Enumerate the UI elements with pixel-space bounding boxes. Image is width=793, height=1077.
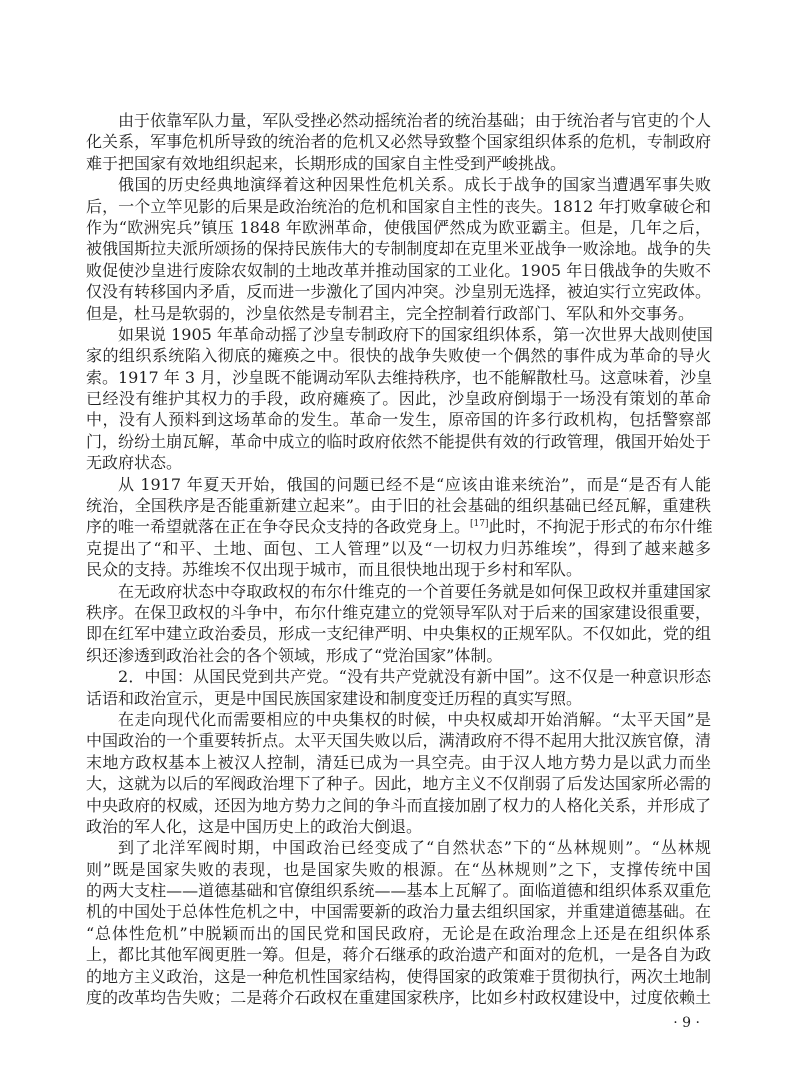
paragraph: 到了北洋军阀时期，中国政治已经变成了“自然状态”下的“丛林规则”。“丛林规则”既…: [86, 837, 711, 1008]
text-line: 但是，杜马是软弱的，沙皇依然是专制君主，完全控制着行政部门、军队和外交事务。: [86, 303, 711, 324]
text-line: 话语和政治宣示，更是中国民族国家建设和制度变迁历程的真实写照。: [86, 688, 711, 709]
paragraph: 俄国的历史经典地演绎着这种因果性危机关系。成长于战争的国家当遭遇军事失败后，一个…: [86, 174, 711, 324]
text-line: 民众的支持。苏维埃不仅出现于城市，而且很快地出现于乡村和军队。: [86, 559, 711, 580]
text-line: 作为“欧洲宪兵”镇压 1848 年欧洲革命，使俄国俨然成为欧亚霸主。但是，几年之…: [86, 217, 711, 238]
text-line: 大，这就为以后的军阀政治埋下了种子。因此，地方主义不仅削弱了后发达国家所必需的: [86, 773, 711, 794]
text-line: 2．中国：从国民党到共产党。“没有共产党就没有新中国”。这不仅是一种意识形态: [86, 666, 711, 687]
text-line: 从 1917 年夏天开始，俄国的问题已经不是“应该由谁来统治”，而是“是否有人能: [86, 474, 711, 495]
text-line: 门，纷纷土崩瓦解，革命中成立的临时政府依然不能提供有效的行政管理，俄国开始处于: [86, 431, 711, 452]
paragraph: 在走向现代化而需要相应的中央集权的时候，中央权威却开始消解。“太平天国”是中国政…: [86, 709, 711, 837]
text-line: 化关系，军事危机所导致的统治者的危机又必然导致整个国家组织体系的危机，专制政府: [86, 131, 711, 152]
text-line: 中央政府的权威，还因为地方势力之间的争斗而直接加剧了权力的人格化关系，并形成了: [86, 795, 711, 816]
text-line: 无政府状态。: [86, 452, 711, 473]
text-line: 在无政府状态中夺取政权的布尔什维克的一个首要任务就是如何保卫政权并重建国家: [86, 581, 711, 602]
text-line: 由于依靠军队力量，军队受挫必然动摇统治者的统治基础；由于统治者与官吏的个人: [86, 110, 711, 131]
paragraph: 如果说 1905 年革命动摇了沙皇专制政府下的国家组织体系，第一次世界大战则使国…: [86, 324, 711, 474]
text-line: 如果说 1905 年革命动摇了沙皇专制政府下的国家组织体系，第一次世界大战则使国: [86, 324, 711, 345]
body-text: 由于依靠军队力量，军队受挫必然动摇统治者的统治基础；由于统治者与官吏的个人化关系…: [86, 110, 711, 1008]
text-segment: 此时，不拘泥于形式的布尔什维: [489, 517, 713, 536]
text-line: 末地方政权基本上被汉人控制，清廷已成为一具空壳。由于汉人地方势力是以武力而坐: [86, 752, 711, 773]
text-line: 后，一个立竿见影的后果是政治统治的危机和国家自主性的丧失。1812 年打败拿破仑…: [86, 196, 711, 217]
paragraph: 2．中国：从国民党到共产党。“没有共产党就没有新中国”。这不仅是一种意识形态话语…: [86, 666, 711, 709]
text-line: “总体性危机”中脱颖而出的国民党和国民政府，无论是在政治理念上还是在组织体系: [86, 923, 711, 944]
text-line: 的两大支柱——道德基础和官僚组织系统——基本上瓦解了。面临道德和组织体系双重危: [86, 880, 711, 901]
text-line: 难于把国家有效地组织起来，长期形成的国家自主性受到严峻挑战。: [86, 153, 711, 174]
footnote-ref: [17]: [470, 519, 488, 529]
text-line: 仅没有转移国内矛盾，反而进一步激化了国内冲突。沙皇别无选择，被迫实行立宪政体。: [86, 281, 711, 302]
document-page: 由于依靠军队力量，军队受挫必然动摇统治者的统治基础；由于统治者与官吏的个人化关系…: [0, 0, 793, 1077]
text-line: 则”既是国家失败的表现，也是国家失败的根源。在“丛林规则”之下，支撑传统中国: [86, 859, 711, 880]
text-line: 的地方主义政治，这是一种危机性国家结构，使得国家的政策难于贯彻执行，两次土地制: [86, 966, 711, 987]
text-line: 度的改革均告失败；二是蒋介石政权在重建国家秩序，比如乡村政权建设中，过度依赖土: [86, 987, 711, 1008]
text-line: 被俄国斯拉夫派所颂扬的保持民族伟大的专制制度却在克里米亚战争一败涂地。战争的失: [86, 238, 711, 259]
text-line: 即在红军中建立政治委员，形成一支纪律严明、中央集权的正规军队。不仅如此，党的组: [86, 623, 711, 644]
text-line: 上，都比其他军阀更胜一筹。但是，蒋介石继承的政治遗产和面对的危机，一是各自为政: [86, 944, 711, 965]
text-line: 败促使沙皇进行废除农奴制的土地改革并推动国家的工业化。1905 年日俄战争的失败…: [86, 260, 711, 281]
paragraph: 从 1917 年夏天开始，俄国的问题已经不是“应该由谁来统治”，而是“是否有人能…: [86, 474, 711, 581]
text-line: 序的唯一希望就落在正在争夺民众支持的各政党身上。[17]此时，不拘泥于形式的布尔…: [86, 516, 711, 537]
text-line: 索。1917 年 3 月，沙皇既不能调动军队去维持秩序，也不能解散杜马。这意味着…: [86, 367, 711, 388]
text-line: 在走向现代化而需要相应的中央集权的时候，中央权威却开始消解。“太平天国”是: [86, 709, 711, 730]
paragraph: 在无政府状态中夺取政权的布尔什维克的一个首要任务就是如何保卫政权并重建国家秩序。…: [86, 581, 711, 667]
text-line: 机的中国处于总体性危机之中，中国需要新的政治力量去组织国家，并重建道德基础。在: [86, 901, 711, 922]
text-segment: 序的唯一希望就落在正在争夺民众支持的各政党身上。: [86, 517, 470, 536]
page-number: · 9 ·: [660, 1015, 700, 1031]
text-line: 到了北洋军阀时期，中国政治已经变成了“自然状态”下的“丛林规则”。“丛林规: [86, 837, 711, 858]
text-line: 秩序。在保卫政权的斗争中，布尔什维克建立的党领导军队对于后来的国家建设很重要，: [86, 602, 711, 623]
text-line: 织还渗透到政治社会的各个领域，形成了“党治国家”体制。: [86, 645, 711, 666]
text-line: 俄国的历史经典地演绎着这种因果性危机关系。成长于战争的国家当遭遇军事失败: [86, 174, 711, 195]
text-line: 政治的军人化，这是中国历史上的政治大倒退。: [86, 816, 711, 837]
text-line: 克提出了“和平、土地、面包、工人管理”以及“一切权力归苏维埃”，得到了越来越多: [86, 538, 711, 559]
text-line: 中，没有人预料到这场革命的发生。革命一发生，原帝国的许多行政机构，包括警察部: [86, 409, 711, 430]
text-line: 家的组织系统陷入彻底的瘫痪之中。很快的战争失败使一个偶然的事件成为革命的导火: [86, 345, 711, 366]
text-line: 统治，全国秩序是否能重新建立起来”。由于旧的社会基础的组织基础已经瓦解，重建秩: [86, 495, 711, 516]
paragraph: 由于依靠军队力量，军队受挫必然动摇统治者的统治基础；由于统治者与官吏的个人化关系…: [86, 110, 711, 174]
text-line: 已经没有维护其权力的手段，政府瘫痪了。因此，沙皇政府倒塌于一场没有策划的革命: [86, 388, 711, 409]
text-line: 中国政治的一个重要转折点。太平天国失败以后，满清政府不得不起用大批汉族官僚，清: [86, 730, 711, 751]
